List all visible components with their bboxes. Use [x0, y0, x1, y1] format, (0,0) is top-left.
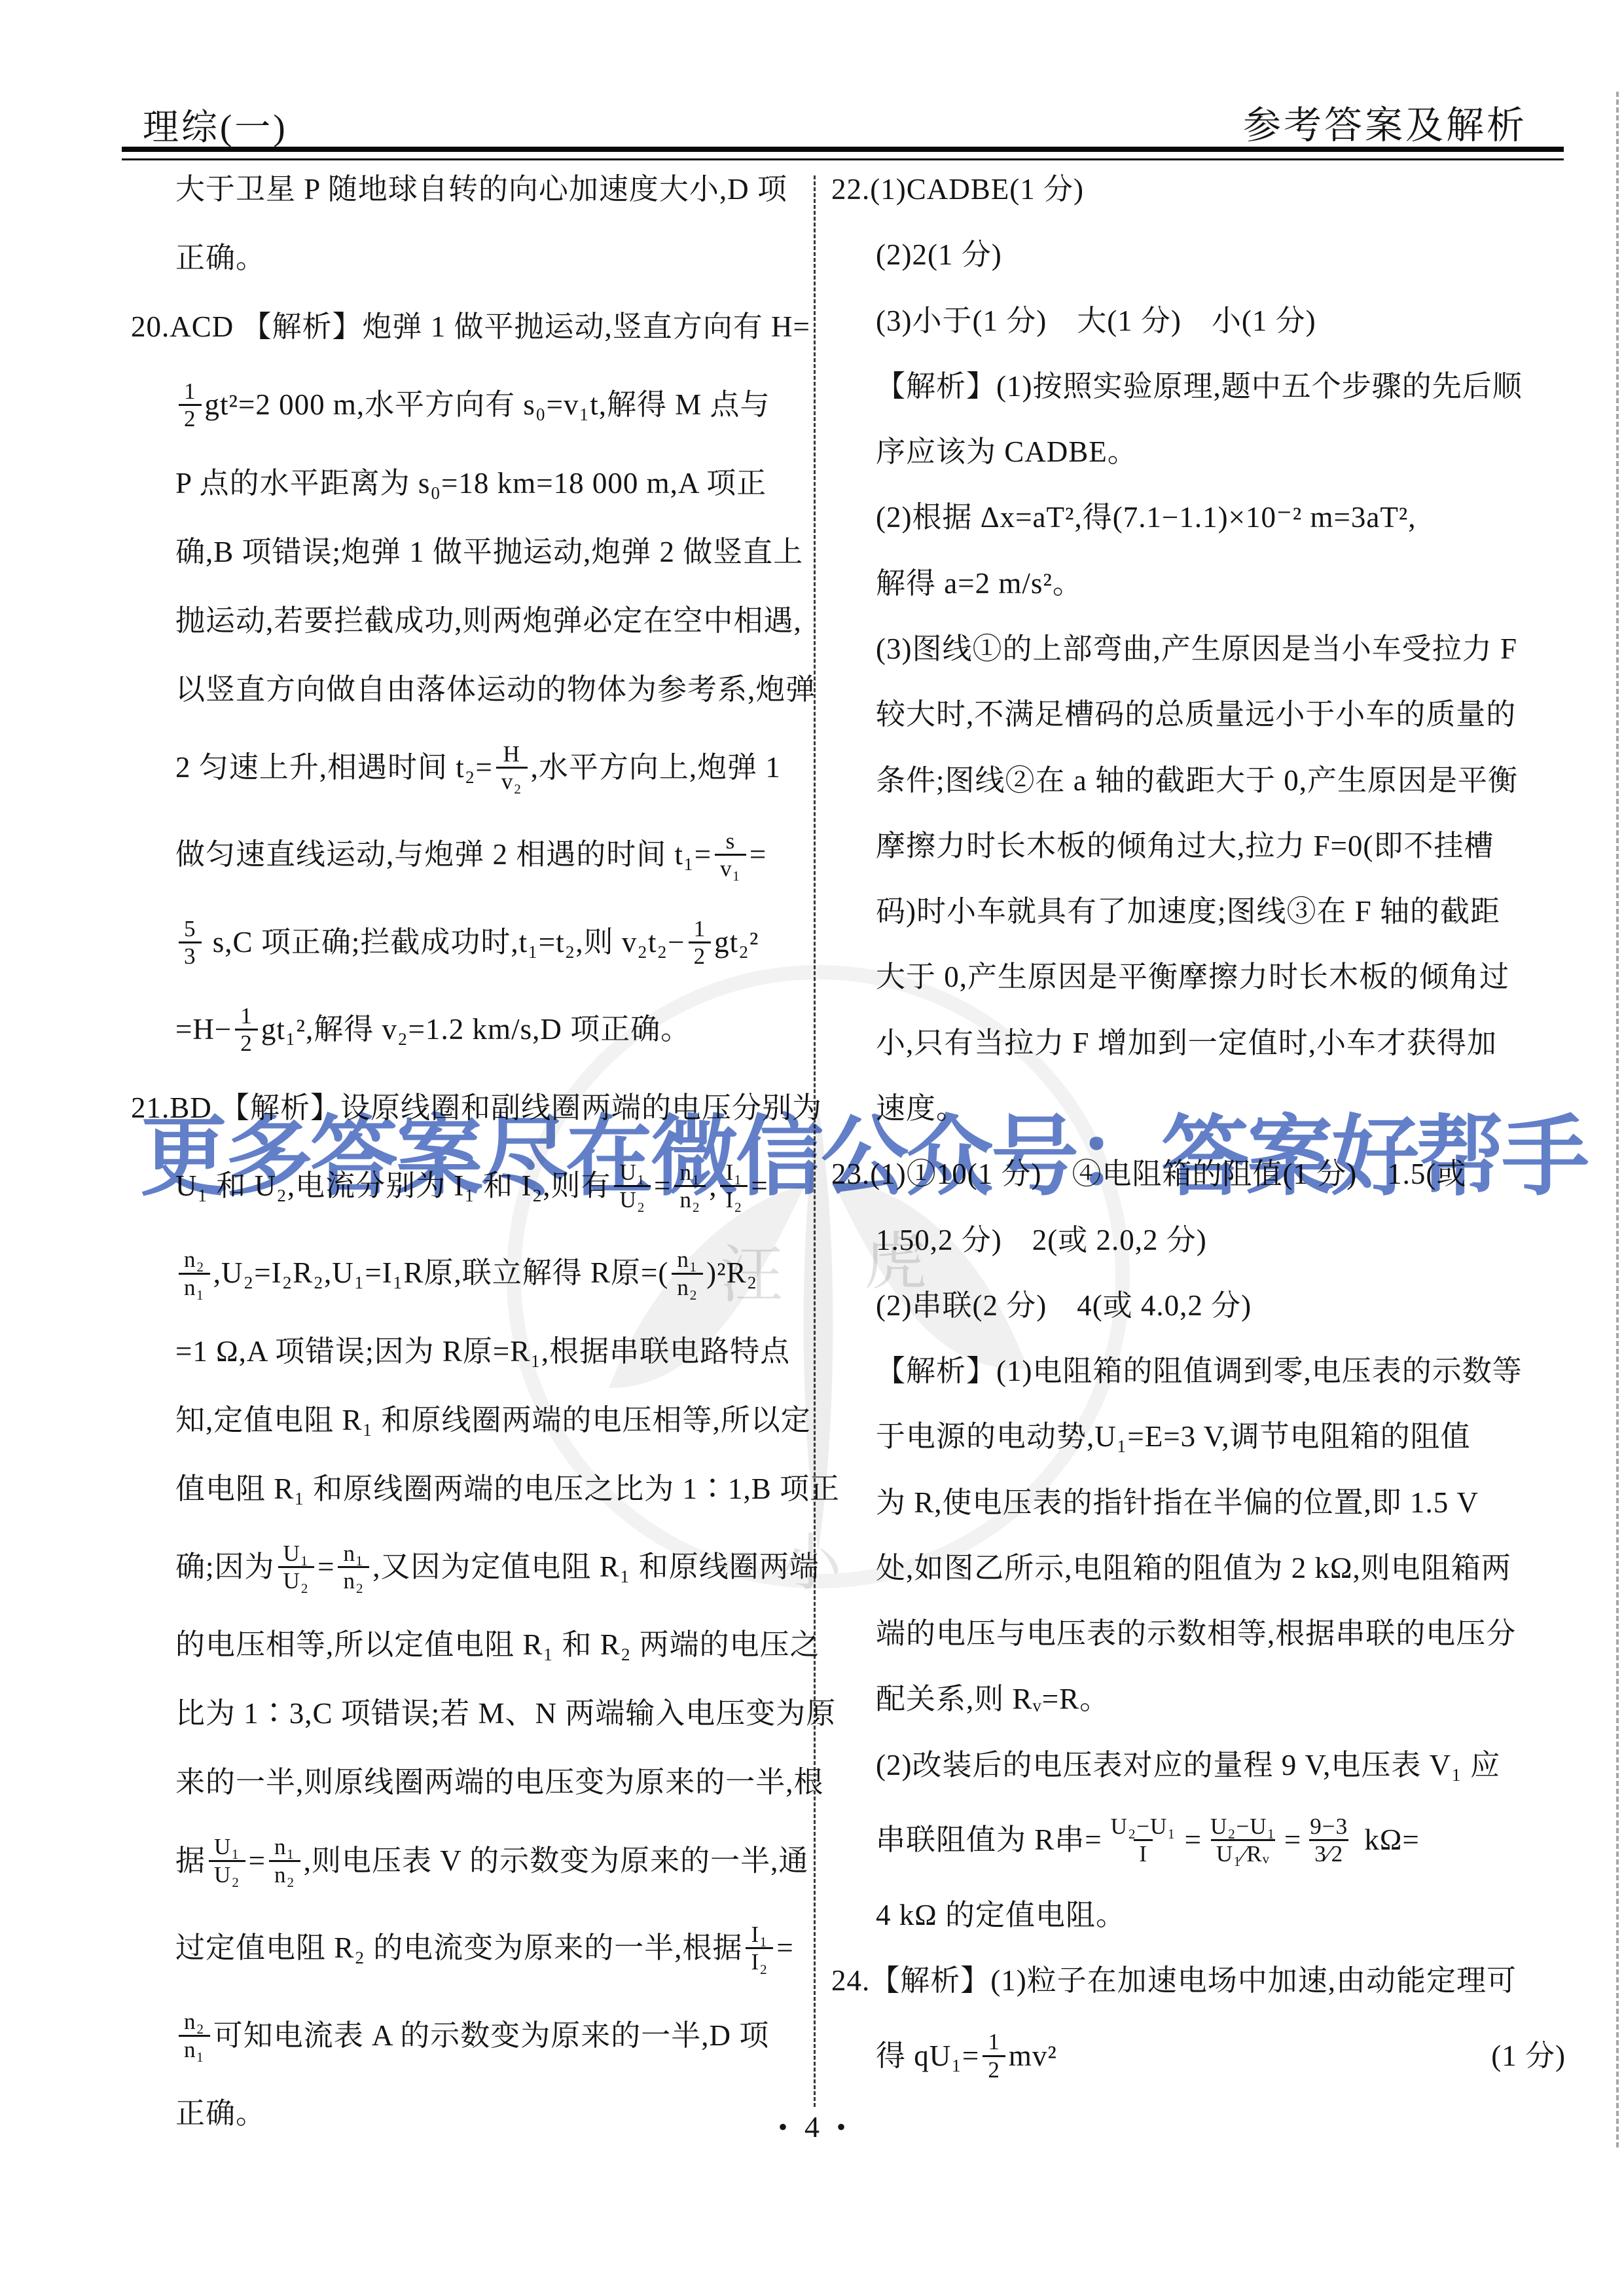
- text-line: 码)时小车就具有了加速度;图线③在 F 轴的截距: [831, 894, 1566, 929]
- text-segment: 的电压相等,所以定值电阻 R₁ 和 R₂ 两端的电压之: [175, 1628, 820, 1662]
- text-segment: )²R₂: [706, 1256, 757, 1290]
- text-segment: 24.【解析】(1)粒子在加速电场中加速,由动能定理可: [831, 1963, 1517, 1998]
- text-line: 值电阻 R₁ 和原线圈两端的电压之比为 1∶1,B 项正: [131, 1472, 779, 1507]
- text-line: (3)小于(1 分) 大(1 分) 小(1 分): [831, 304, 1566, 338]
- fraction: U₁U₂: [278, 1541, 315, 1594]
- blue-watermark-text: 更多答案尽在微信公众号：答案好帮手: [140, 1087, 1587, 1213]
- fraction-numerator: U₂−U₁: [1205, 1814, 1281, 1839]
- text-segment: 为 R,使电压表的指针指在半偏的位置,即 1.5 V: [876, 1486, 1479, 1520]
- text-line: =1 Ω,A 项错误;因为 R原=R₁,根据串联电路特点: [131, 1334, 779, 1369]
- fraction: n₂n₁: [179, 1247, 210, 1300]
- fraction-denominator: I: [1134, 1839, 1153, 1867]
- text-segment: (2)根据 Δx=aT²,得(7.1−1.1)×10⁻² m=3aT²,: [876, 500, 1416, 535]
- fraction-denominator: 2: [983, 2055, 1005, 2083]
- text-segment: 于电源的电动势,U₁=E=3 V,调节电阻箱的阻值: [876, 1419, 1471, 1454]
- text-line: 抛运动,若要拦截成功,则两炮弹必定在空中相遇,: [131, 604, 779, 638]
- fraction: n₁n₂: [269, 1834, 300, 1888]
- text-line: 解得 a=2 m/s²。: [831, 566, 1566, 601]
- text-segment: 大于 0,产生原因是平衡摩擦力时长木板的倾角过: [876, 960, 1509, 995]
- fraction: I₁I₂: [746, 1922, 773, 1975]
- text-segment: 较大时,不满足槽码的总质量远小于小车的质量的: [876, 697, 1516, 732]
- text-line: 12gt²=2 000 m,水平方向有 s₀=v₁t,解得 M 点与: [131, 378, 779, 432]
- fraction-numerator: n₁: [672, 1247, 703, 1272]
- text-segment: ,又因为定值电阻 R₁ 和原线圈两端: [372, 1550, 819, 1584]
- text-line: 于电源的电动势,U₁=E=3 V,调节电阻箱的阻值: [831, 1419, 1566, 1454]
- footer-left-dot: •: [778, 2111, 787, 2142]
- text-segment: 处,如图乙所示,电阻箱的阻值为 2 kΩ,则电阻箱两: [876, 1551, 1511, 1586]
- fraction: Hv₂: [496, 741, 528, 795]
- text-segment: 20.ACD 【解析】炮弹 1 做平抛运动,竖直方向有 H=: [131, 310, 810, 344]
- text-segment: =: [776, 1931, 793, 1965]
- text-line: 22.(1)CADBE(1 分): [831, 172, 1566, 207]
- text-line: 确,B 项错误;炮弹 1 做平抛运动,炮弹 2 做竖直上: [131, 535, 779, 570]
- text-segment: 条件;图线②在 a 轴的截距大于 0,产生原因是平衡: [876, 763, 1518, 798]
- fraction: 9−33∕2: [1305, 1814, 1353, 1867]
- fraction: sv₁: [715, 828, 746, 882]
- text-line: 的电压相等,所以定值电阻 R₁ 和 R₂ 两端的电压之: [131, 1628, 779, 1662]
- text-line: 小,只有当拉力 F 增加到一定值时,小车才获得加: [831, 1026, 1566, 1061]
- text-segment: 端的电压与电压表的示数相等,根据串联的电压分: [876, 1616, 1516, 1651]
- text-segment: 确,B 项错误;炮弹 1 做平抛运动,炮弹 2 做竖直上: [175, 535, 803, 570]
- fraction-numerator: U₂−U₁: [1106, 1814, 1182, 1839]
- fraction-denominator: n₁: [179, 2035, 210, 2062]
- text-segment: 【解析】(1)电阻箱的阻值调到零,电压表的示数等: [876, 1354, 1523, 1389]
- text-line: 4 kΩ 的定值电阻。: [831, 1898, 1566, 1933]
- fraction-denominator: U₂: [278, 1566, 315, 1594]
- text-segment: 过定值电阻 R₂ 的电流变为原来的一半,根据: [175, 1931, 742, 1965]
- text-segment: ,U₂=I₂R₂,U₁=I₁R原,联立解得 R原=(: [213, 1256, 669, 1290]
- footer-right-dot: •: [837, 2111, 846, 2142]
- text-segment: 摩擦力时长木板的倾角过大,拉力 F=0(即不挂槽: [876, 829, 1494, 864]
- text-segment: 可知电流表 A 的示数变为原来的一半,D 项: [213, 2018, 770, 2053]
- fraction-denominator: n₂: [269, 1860, 300, 1888]
- fraction-denominator: I₂: [746, 1947, 773, 1975]
- text-line: 序应该为 CADBE。: [831, 435, 1566, 469]
- text-segment: (3)小于(1 分) 大(1 分) 小(1 分): [876, 304, 1316, 338]
- text-segment: 【解析】(1)按照实验原理,题中五个步骤的先后顺: [876, 369, 1523, 404]
- fraction-denominator: n₁: [179, 1273, 210, 1300]
- text-segment: ,水平方向上,炮弹 1: [531, 750, 781, 785]
- text-segment: =: [1185, 1823, 1202, 1857]
- fraction-numerator: s: [721, 828, 741, 854]
- text-segment: mv²: [1009, 2039, 1057, 2073]
- text-segment: (2)2(1 分): [876, 238, 1002, 272]
- text-line: 【解析】(1)按照实验原理,题中五个步骤的先后顺: [831, 369, 1566, 404]
- text-line: 端的电压与电压表的示数相等,根据串联的电压分: [831, 1616, 1566, 1651]
- fraction-numerator: 9−3: [1305, 1814, 1353, 1839]
- text-line: 正确。: [131, 241, 779, 276]
- text-segment: =1 Ω,A 项错误;因为 R原=R₁,根据串联电路特点: [175, 1334, 790, 1369]
- text-line: 大于 0,产生原因是平衡摩擦力时长木板的倾角过: [831, 960, 1566, 995]
- text-line: 串联阻值为 R串=U₂−U₁I=U₂−U₁U₁∕Rᵥ=9−33∕2 kΩ=: [831, 1814, 1566, 1867]
- header-rule: [122, 147, 1564, 160]
- fraction-denominator: 2: [179, 404, 202, 431]
- fraction: 12: [689, 916, 712, 970]
- text-segment: =H−: [175, 1012, 232, 1047]
- page-number: 4: [804, 2109, 820, 2144]
- fraction-numerator: U₁: [278, 1541, 315, 1566]
- text-segment: 值电阻 R₁ 和原线圈两端的电压之比为 1∶1,B 项正: [175, 1472, 840, 1507]
- text-segment: 码)时小车就具有了加速度;图线③在 F 轴的截距: [876, 894, 1500, 929]
- fraction-numerator: n₁: [338, 1541, 369, 1566]
- fraction: U₂−U₁I: [1106, 1814, 1182, 1867]
- fraction-denominator: n₂: [672, 1273, 703, 1300]
- text-segment: 22.(1)CADBE(1 分): [831, 172, 1084, 207]
- header-subject-title: 理综(一): [143, 98, 288, 150]
- fraction-numerator: 1: [689, 916, 712, 941]
- text-line: (2)2(1 分): [831, 238, 1566, 272]
- text-segment: 来的一半,则原线圈两端的电压变为原来的一半,根: [175, 1765, 824, 1800]
- text-segment: ,则电压表 V 的示数变为原来的一半,通: [304, 1844, 809, 1878]
- text-line: 配关系,则 Rᵥ=R。: [831, 1682, 1566, 1717]
- fraction-numerator: n₂: [179, 1247, 210, 1272]
- text-segment: 得 qU₁=: [876, 2039, 979, 2073]
- fraction: n₂n₁: [179, 2009, 210, 2062]
- text-line: 确;因为U₁U₂=n₁n₂,又因为定值电阻 R₁ 和原线圈两端: [131, 1541, 779, 1594]
- text-segment: 做匀速直线运动,与炮弹 2 相遇的时间 t₁=: [175, 837, 712, 872]
- text-line: 为 R,使电压表的指针指在半偏的位置,即 1.5 V: [831, 1486, 1566, 1520]
- text-line: 知,定值电阻 R₁ 和原线圈两端的电压相等,所以定: [131, 1403, 779, 1438]
- text-line: 大于卫星 P 随地球自转的向心加速度大小,D 项: [131, 172, 779, 207]
- text-line: (2)改装后的电压表对应的量程 9 V,电压表 V₁ 应: [831, 1748, 1566, 1783]
- text-line: 过定值电阻 R₂ 的电流变为原来的一半,根据I₁I₂=: [131, 1922, 779, 1975]
- fraction-denominator: v₁: [715, 854, 746, 881]
- fraction-denominator: 3∕2: [1309, 1839, 1348, 1867]
- text-segment: gt²=2 000 m,水平方向有 s₀=v₁t,解得 M 点与: [205, 388, 770, 422]
- page-footer: • 4 •: [0, 2109, 1624, 2144]
- answer-sheet-page: 汪 小 虎 理综(一) 参考答案及解析 大于卫星 P 随地球自转的向心加速度大小…: [0, 0, 1624, 2283]
- text-segment: gt₁²,解得 v₂=1.2 km/s,D 项正确。: [261, 1012, 691, 1047]
- fraction-numerator: U₁: [209, 1834, 245, 1859]
- text-line: 得 qU₁=12mv²(1 分): [831, 2029, 1566, 2083]
- fraction-numerator: I₁: [746, 1922, 773, 1947]
- fraction: n₁n₂: [338, 1541, 369, 1594]
- text-segment: 大于卫星 P 随地球自转的向心加速度大小,D 项: [175, 172, 787, 207]
- text-segment: 解得 a=2 m/s²。: [876, 566, 1083, 601]
- text-segment: =: [1284, 1823, 1301, 1857]
- text-line: n₂n₁,U₂=I₂R₂,U₁=I₁R原,联立解得 R原=(n₁n₂)²R₂: [131, 1247, 779, 1300]
- text-segment: 配关系,则 Rᵥ=R。: [876, 1682, 1110, 1717]
- fraction: U₂−U₁U₁∕Rᵥ: [1205, 1814, 1281, 1867]
- fraction-numerator: 1: [983, 2029, 1005, 2055]
- fraction: 12: [983, 2029, 1005, 2083]
- text-line: 2 匀速上升,相遇时间 t₂=Hv₂,水平方向上,炮弹 1: [131, 741, 779, 795]
- text-segment: gt₂²: [714, 925, 759, 960]
- fraction: n₁n₂: [672, 1247, 703, 1300]
- text-line: =H−12gt₁²,解得 v₂=1.2 km/s,D 项正确。: [131, 1003, 779, 1057]
- text-segment: 知,定值电阻 R₁ 和原线圈两端的电压相等,所以定: [175, 1403, 811, 1438]
- fraction-denominator: U₁∕Rᵥ: [1211, 1839, 1275, 1867]
- text-segment: 抛运动,若要拦截成功,则两炮弹必定在空中相遇,: [175, 604, 802, 638]
- text-line: 1.50,2 分) 2(或 2.0,2 分): [831, 1223, 1566, 1258]
- text-segment: P 点的水平距离为 s₀=18 km=18 000 m,A 项正: [175, 466, 767, 501]
- text-line: (2)串联(2 分) 4(或 4.0,2 分): [831, 1288, 1566, 1323]
- text-segment: 比为 1∶3,C 项错误;若 M、N 两端输入电压变为原: [175, 1696, 836, 1731]
- text-segment: 正确。: [175, 241, 266, 276]
- fraction-numerator: n₂: [179, 2009, 210, 2034]
- fraction-denominator: 2: [689, 941, 712, 969]
- text-segment: 据: [175, 1844, 206, 1878]
- text-segment: 小,只有当拉力 F 增加到一定值时,小车才获得加: [876, 1026, 1497, 1061]
- text-line: 来的一半,则原线圈两端的电压变为原来的一半,根: [131, 1765, 779, 1800]
- text-segment: 2 匀速上升,相遇时间 t₂=: [175, 750, 493, 785]
- text-line: 24.【解析】(1)粒子在加速电场中加速,由动能定理可: [831, 1963, 1566, 1998]
- text-segment: kΩ=: [1356, 1823, 1420, 1857]
- score-label: (1 分): [1491, 2039, 1566, 2073]
- text-line: 比为 1∶3,C 项错误;若 M、N 两端输入电压变为原: [131, 1696, 779, 1731]
- text-segment: =: [317, 1550, 334, 1584]
- fraction-numerator: 1: [235, 1003, 258, 1029]
- fraction: 53: [179, 916, 202, 970]
- fraction-denominator: n₂: [338, 1566, 369, 1594]
- fraction-denominator: 2: [235, 1029, 258, 1056]
- text-segment: (2)改装后的电压表对应的量程 9 V,电压表 V₁ 应: [876, 1748, 1500, 1783]
- fraction-denominator: U₂: [209, 1860, 245, 1888]
- text-segment: 以竖直方向做自由落体运动的物体为参考系,炮弹: [175, 672, 816, 707]
- text-line: 较大时,不满足槽码的总质量远小于小车的质量的: [831, 697, 1566, 732]
- text-segment: (2)串联(2 分) 4(或 4.0,2 分): [876, 1288, 1252, 1323]
- text-line: 摩擦力时长木板的倾角过大,拉力 F=0(即不挂槽: [831, 829, 1566, 864]
- text-segment: s,C 项正确;拦截成功时,t₁=t₂,则 v₂t₂−: [205, 925, 685, 960]
- page-edge-dashes: [1616, 92, 1619, 2147]
- text-line: 53 s,C 项正确;拦截成功时,t₁=t₂,则 v₂t₂−12gt₂²: [131, 916, 779, 970]
- fraction-numerator: n₁: [269, 1834, 300, 1859]
- text-segment: 序应该为 CADBE。: [876, 435, 1138, 469]
- text-line: 【解析】(1)电阻箱的阻值调到零,电压表的示数等: [831, 1354, 1566, 1389]
- fraction: 12: [235, 1003, 258, 1057]
- fraction-numerator: 5: [179, 916, 202, 941]
- text-segment: 确;因为: [175, 1550, 275, 1584]
- text-segment: 1.50,2 分) 2(或 2.0,2 分): [876, 1223, 1207, 1258]
- text-line: 做匀速直线运动,与炮弹 2 相遇的时间 t₁=sv₁=: [131, 828, 779, 882]
- text-line: 以竖直方向做自由落体运动的物体为参考系,炮弹: [131, 672, 779, 707]
- fraction-denominator: v₂: [496, 767, 528, 794]
- text-segment: =: [249, 1844, 266, 1878]
- text-segment: 串联阻值为 R串=: [876, 1823, 1102, 1857]
- fraction-denominator: 3: [179, 941, 202, 969]
- fraction: U₁U₂: [209, 1834, 245, 1888]
- text-line: 据U₁U₂=n₁n₂,则电压表 V 的示数变为原来的一半,通: [131, 1834, 779, 1888]
- text-segment: 4 kΩ 的定值电阻。: [876, 1898, 1126, 1933]
- text-line: (2)根据 Δx=aT²,得(7.1−1.1)×10⁻² m=3aT²,: [831, 500, 1566, 535]
- text-line: 20.ACD 【解析】炮弹 1 做平抛运动,竖直方向有 H=: [131, 310, 779, 344]
- text-line: 处,如图乙所示,电阻箱的阻值为 2 kΩ,则电阻箱两: [831, 1551, 1566, 1586]
- fraction-numerator: H: [498, 741, 526, 767]
- text-segment: =: [749, 837, 767, 872]
- fraction: 12: [179, 378, 202, 432]
- text-line: P 点的水平距离为 s₀=18 km=18 000 m,A 项正: [131, 466, 779, 501]
- text-segment: (3)图线①的上部弯曲,产生原因是当小车受拉力 F: [876, 632, 1517, 667]
- header-answer-title: 参考答案及解析: [1243, 94, 1527, 149]
- fraction-numerator: 1: [179, 378, 202, 404]
- text-line: (3)图线①的上部弯曲,产生原因是当小车受拉力 F: [831, 632, 1566, 667]
- text-line: 条件;图线②在 a 轴的截距大于 0,产生原因是平衡: [831, 763, 1566, 798]
- text-line: n₂n₁可知电流表 A 的示数变为原来的一半,D 项: [131, 2009, 779, 2062]
